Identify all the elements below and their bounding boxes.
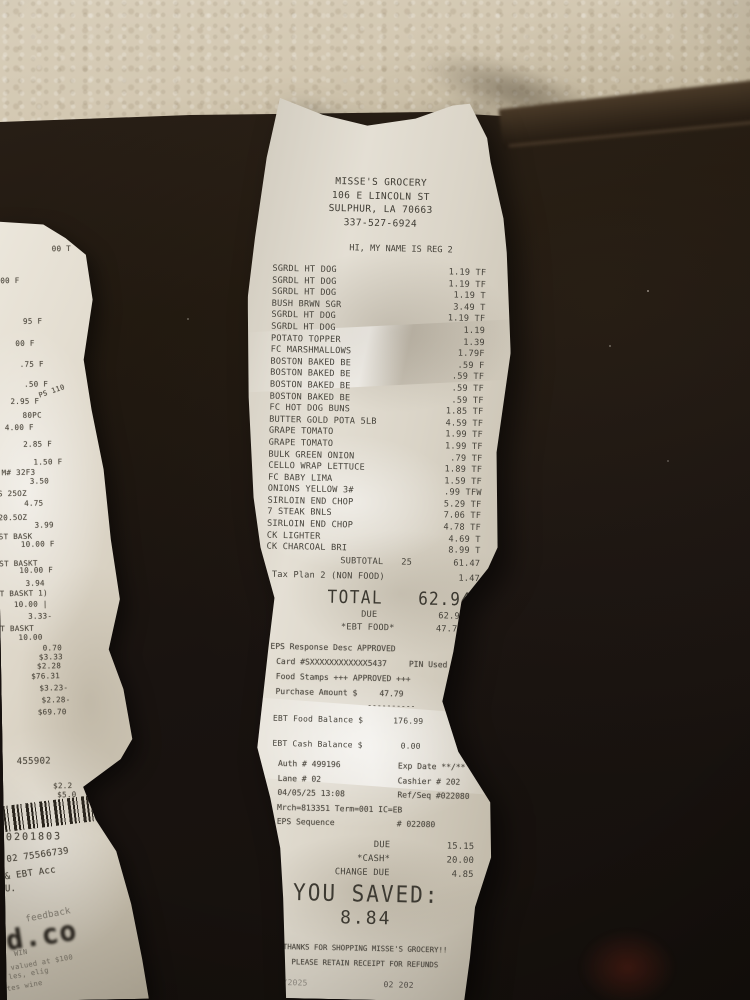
item-price: 1.19 T (453, 291, 485, 303)
item-name: CK CHARCOAL BRI (266, 542, 347, 555)
red-smudge (580, 930, 675, 1000)
item-price: .99 TFW (444, 488, 482, 500)
left-receipt-fragment: 455902 (17, 756, 51, 767)
item-price: .59 TF (451, 395, 483, 407)
eps-sequence-value: # 022080 (397, 818, 436, 833)
item-price: 1.99 TF (445, 441, 483, 453)
ebt-food-value: 47.79 (436, 624, 463, 635)
left-receipt-fragment: 10.00 | (14, 599, 48, 609)
left-receipt-fragment: 0201803 (6, 831, 62, 843)
ebt-food-balance-row: EBT Food Balance $ 176.99 (273, 714, 487, 727)
item-count: 25 (401, 557, 412, 567)
change-due-label: CHANGE DUE (260, 866, 390, 879)
register-greeting: HI, MY NAME IS REG 2 (273, 242, 487, 256)
left-receipt-fragment: S 25OZ (0, 489, 27, 499)
left-receipt-fragment: .50 F (24, 379, 48, 388)
left-receipt-fragment: 0.70 (43, 643, 62, 652)
item-price: 1.89 TF (444, 464, 482, 476)
left-receipt-fragment: 00 F (15, 339, 34, 348)
item-price: 1.19 TF (448, 314, 486, 326)
ebt-cash-balance-row: EBT Cash Balance $ 0.00 (272, 739, 486, 752)
due-label: DUE (361, 610, 377, 620)
left-receipt-fragment: 10.00 (18, 633, 42, 642)
tax-value: 1.47 (458, 574, 480, 584)
tender-cash-row: *CASH* 20.00 (260, 852, 474, 866)
photo-scene: 00 T00 F95 F00 F.75 F.50 FPS 1102.95 F80… (0, 0, 750, 1000)
item-price: 8.99 T (448, 546, 480, 558)
food-balance-value: 176.99 (393, 716, 423, 726)
left-receipt-fragment: 1.50 F (33, 457, 62, 467)
left-receipt-fragment: WIN (13, 948, 28, 958)
left-receipt-fragment: $3.23- (39, 683, 68, 693)
tax-row: Tax Plan 2 (NON FOOD) 1.47 (266, 570, 480, 584)
pin-used: PIN Used (409, 658, 448, 674)
item-price: 4.78 TF (443, 522, 481, 534)
item-price: .59 F (457, 360, 484, 372)
tender-due-value: 15.15 (404, 841, 474, 852)
left-receipt-fragment: 3.33- (28, 611, 52, 620)
item-price: 5.29 TF (444, 499, 482, 511)
item-price: 4.59 TF (445, 418, 483, 430)
auth-block: Auth # 499196 Exp Date **/** Lane # 02 C… (261, 757, 476, 834)
left-receipt-fragment: 4.00 F (5, 423, 34, 433)
cash-balance-label: EBT Cash Balance $ (272, 739, 362, 750)
left-receipt-fragment: 00 T (52, 244, 71, 253)
footer-register: 02 202 (383, 980, 413, 990)
item-price: 7.06 TF (443, 511, 481, 523)
footer-meta-row: 04/05/2025 02 202 (257, 978, 471, 991)
total-value: 62.94 (418, 588, 472, 610)
dust-specks (647, 290, 649, 292)
you-saved-amount: 8.84 (259, 906, 473, 931)
left-receipt-wrap: 00 T00 F95 F00 F.75 F.50 FPS 1102.95 F80… (0, 215, 145, 1000)
item-price: 1.79F (458, 349, 485, 361)
barcode (2, 795, 98, 832)
left-receipt-fragment: .75 F (20, 359, 44, 368)
exp-date: Exp Date **/** (398, 759, 466, 775)
subtotal-label: SUBTOTAL (340, 556, 383, 567)
item-price: 1.85 TF (446, 406, 484, 418)
due-row: DUE 62.94 (265, 608, 479, 622)
eps-block: EPS Response Desc APPROVED Card #SXXXXXX… (263, 640, 478, 704)
ref-seq: Ref/Seq #022080 (397, 789, 470, 805)
left-receipt-fragment: 2.85 F (23, 439, 52, 449)
eps-sequence-label: EPS Sequence (277, 815, 397, 832)
left-receipt-fragment: 3.99 (34, 520, 53, 529)
cash-balance-value: 0.00 (401, 741, 421, 750)
item-price: 1.19 TF (448, 279, 486, 291)
tender-due-row: DUE 15.15 (260, 838, 474, 852)
left-receipt-fragment: $2.28 (37, 661, 61, 670)
left-receipt-fragment: U. (5, 884, 17, 894)
tender-due-label: DUE (260, 838, 390, 851)
items-list: SGRDL HT DOG1.19 TFSGRDL HT DOG1.19 TFSG… (266, 264, 486, 558)
left-receipt-fragment: 3.94 (25, 578, 44, 587)
tender-cash-value: 20.00 (404, 855, 474, 866)
main-receipt-wrap: MISSE'S GROCERY 106 E LINCOLN ST SULPHUR… (248, 96, 520, 1000)
due-value: 62.94 (438, 611, 465, 622)
left-receipt-fragment: & EBT Acc (4, 865, 56, 882)
left-receipt-fragment: $76.31 (31, 671, 60, 681)
purchase-label: Purchase Amount $ (275, 685, 357, 702)
change-due-row: CHANGE DUE 4.85 (260, 866, 474, 880)
left-receipt-fragment: 02 75566739 (6, 846, 70, 865)
store-header: MISSE'S GROCERY 106 E LINCOLN ST SULPHUR… (273, 174, 488, 233)
total-label: TOTAL (327, 586, 383, 608)
item-price: .59 TF (452, 372, 484, 384)
footer-message: THANKS FOR SHOPPING MISSE'S GROCERY!! PL… (258, 939, 473, 973)
cashier-number: Cashier # 202 (397, 774, 460, 790)
left-receipt-fragment: $5.0 (57, 790, 76, 799)
left-receipt-fragment: 00 F (0, 276, 19, 285)
left-receipt-fragment: $2.28- (42, 695, 71, 705)
item-price: 4.69 T (448, 534, 480, 546)
left-receipt-fragment: 20.5OZ (0, 513, 27, 523)
left-receipt-fragment: 80PC (23, 411, 42, 420)
change-due-value: 4.85 (404, 869, 474, 880)
main-receipt: MISSE'S GROCERY 106 E LINCOLN ST SULPHUR… (229, 93, 520, 1000)
item-price: 1.19 TF (449, 267, 487, 279)
ebt-food-label: *EBT FOOD* (341, 622, 395, 633)
left-receipt-fragment: T BASKT 1) (0, 588, 48, 598)
left-receipt-fragment: 10.00 F (21, 539, 55, 549)
left-receipt-fragment: $3.33 (39, 652, 63, 661)
ebt-food-row: *EBT FOOD* 47.79 (265, 621, 479, 635)
left-receipt-fragment: 95 F (23, 316, 42, 325)
item-price: 3.49 T (453, 302, 485, 314)
left-receipt-fragment: 2.95 F (10, 397, 39, 407)
footer-date: 04/05/2025 (257, 978, 307, 988)
left-receipt: 00 T00 F95 F00 F.75 F.50 FPS 1102.95 F80… (0, 214, 152, 1000)
left-receipt-fragment: $69.70 (38, 707, 67, 717)
left-receipt-fragment: $2.2 (53, 781, 72, 790)
food-balance-label: EBT Food Balance $ (273, 714, 363, 725)
left-receipt-fragment: 3.50 (30, 476, 49, 485)
item-price: .79 TF (450, 453, 482, 465)
item-price: 1.39 (463, 337, 485, 349)
left-receipt-fragment: 4.75 (24, 498, 43, 507)
left-receipt-fragment: tes wine (6, 979, 43, 993)
left-receipt-fragment: 10.00 F (19, 565, 53, 575)
item-price: 1.19 (463, 326, 485, 338)
item-price: .59 TF (452, 383, 484, 395)
purchase-value: 47.79 (379, 687, 403, 702)
item-price: 1.59 TF (444, 476, 482, 488)
tender-cash-label: *CASH* (260, 852, 390, 865)
total-row: TOTAL 62.94 (265, 586, 479, 609)
subtotal-value: 61.47 (453, 559, 480, 570)
you-saved-label: YOU SAVED: (259, 878, 474, 909)
item-price: 1.99 TF (445, 430, 483, 442)
tax-label: Tax Plan 2 (NON FOOD) (272, 570, 385, 582)
